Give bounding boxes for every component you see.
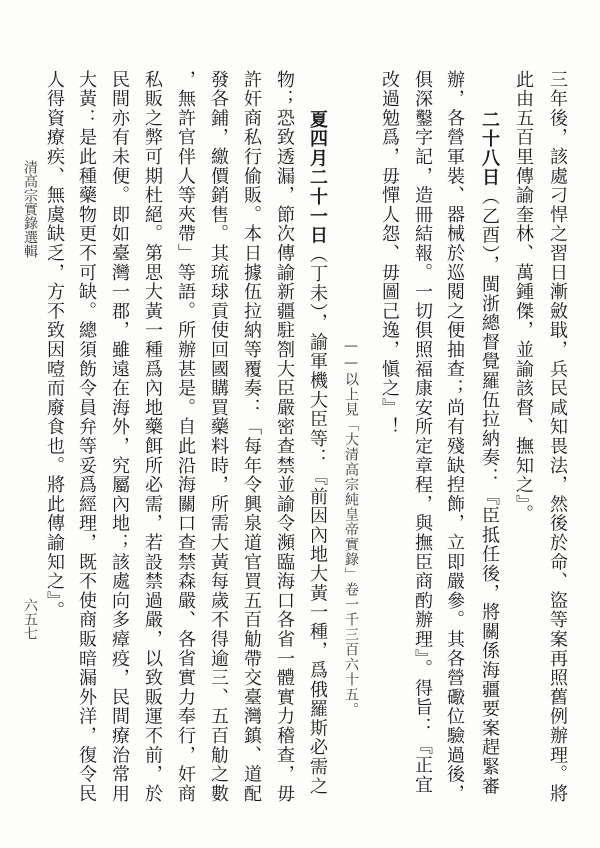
entry-date: 夏四月二十一日 — [307, 110, 328, 245]
document-page: 三年後，該處刁悍之習日漸斂戢，兵民咸知畏法，然後於命、盜等案再照舊例辦理。將 此… — [0, 0, 600, 848]
text-column: 俱深鑿字記，造冊結報。一切俱照福康安所定章程，與撫臣商酌辦理』。得旨：『正宜 — [410, 70, 432, 794]
text-column: 此由五百里傳諭奎林、萬鍾傑，並諭該督、撫知之』。 — [511, 70, 533, 524]
entry-text: （丁未），諭軍機大臣等：『前因內地大黃一種，爲俄羅斯必需之 — [307, 245, 328, 796]
entry-column: 二十八日（乙酉），閩浙總督覺羅伍拉納奏：『臣抵任後，將關係海疆要案趕緊審 — [477, 110, 499, 796]
running-title: 清高宗實錄選輯 — [20, 160, 40, 258]
text-column: 民間亦有未便。即如臺灣一郡，雖遠在海外，究屬內地；該處向多瘴疫，民間療治常用 — [107, 70, 129, 803]
text-column: 辦，各營軍裝、器械於巡閱之便抽查；尚有殘缺揑飾，立即嚴參。其各營礮位驗過後， — [442, 70, 464, 803]
text-column: 大黃：是此種藥物更不可缺。總須飭令員弁等妥爲經理，既不使商販暗漏外洋，復令民 — [74, 70, 96, 803]
text-column: 許奸商私行偷販。本日據伍拉納等覆奏：「每年令興泉道官買五百觔帶交臺灣鎮、道配 — [239, 70, 261, 803]
text-column: 三年後，該處刁悍之習日漸斂戢，兵民咸知畏法，然後於命、盜等案再照舊例辦理。將 — [545, 70, 567, 803]
text-column: ，無許官伴人等夾帶」等語。所辦甚是。自此沿海關口查禁森嚴、各省實力奉行，奸商 — [173, 70, 195, 803]
text-column: 私販之弊可期杜絕。第思大黃一種爲內地藥餌所必需，若設禁過嚴，以致販運不前，於 — [140, 70, 162, 803]
entry-date: 二十八日 — [479, 110, 500, 187]
entry-column: 夏四月二十一日（丁未），諭軍機大臣等：『前因內地大黃一種，爲俄羅斯必需之 — [305, 110, 327, 796]
text-column: 改過勉爲，毋憚人怨、毋圖己逸，愼之』！ — [377, 70, 399, 437]
entry-text: （乙酉），閩浙總督覺羅伍拉納奏：『臣抵任後，將關係海疆要案趕緊審 — [479, 187, 500, 796]
text-column: 物；恐致透漏，節次傳諭新疆駐劄大臣嚴密查禁並諭令瀕臨海口各省一體實力稽查，毋 — [272, 70, 294, 803]
citation: ——以上見「大清高宗純皇帝實錄」卷一千三百六十五。 — [343, 338, 359, 717]
page-number: 六五七 — [20, 598, 40, 640]
text-column: 人得資療疾、無虞缺乏，方不致因噎而廢食也。將此傳諭知之』。 — [42, 70, 64, 621]
text-column: 發各鋪，繳價銷售。其琉球貢使回國購買藥料時，所需大黃每歲不得逾三、五百觔之數 — [206, 70, 228, 803]
